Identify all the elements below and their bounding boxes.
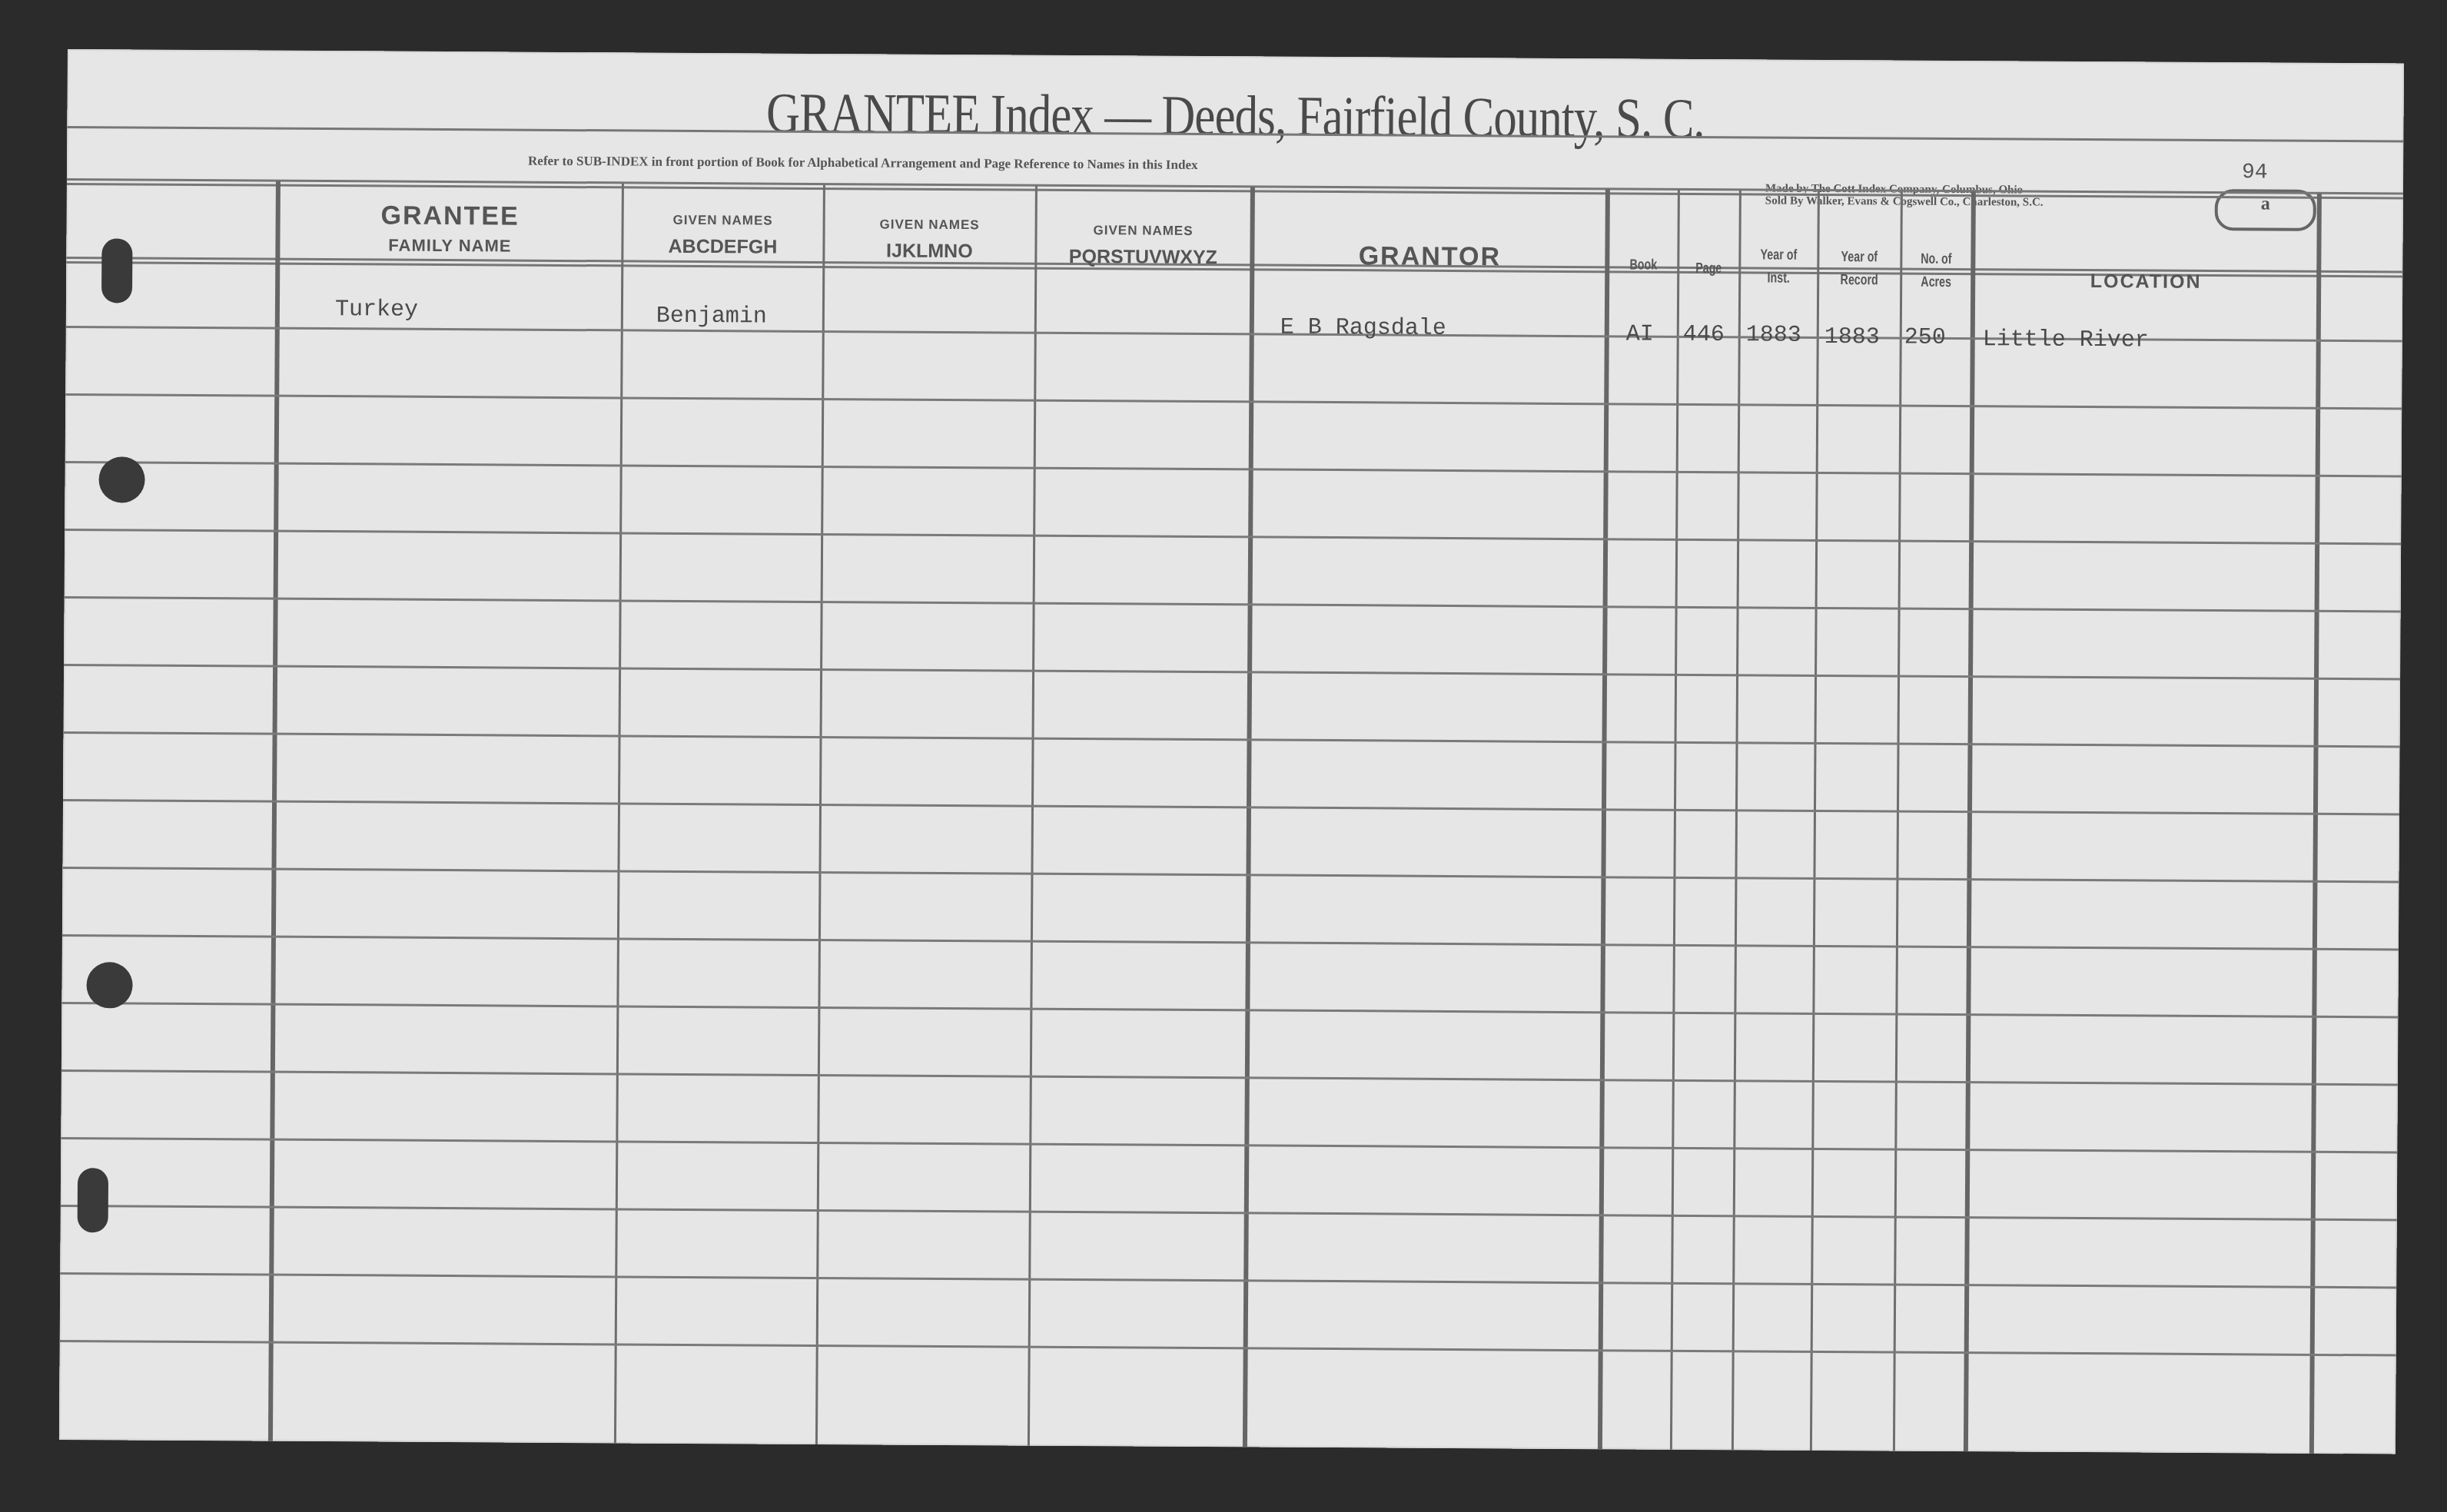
header-page-label: Page (1686, 257, 1731, 280)
column-divider (2309, 194, 2322, 1454)
column-divider (1964, 191, 1976, 1451)
binder-round-hole (98, 456, 144, 502)
header-given-title: GIVEN NAMES (1037, 223, 1250, 240)
row-rule (65, 461, 2402, 478)
header-year-inst-line1: Year of (1750, 244, 1808, 267)
row-rule (61, 1002, 2398, 1019)
header-grantee-title: GRANTEE (279, 201, 622, 233)
cell-given-abcdefgh: Benjamin (656, 303, 767, 330)
header-acres: No. of Acres (1901, 248, 1971, 295)
header-location: LOCATION (1975, 270, 2316, 294)
row-rule (62, 934, 2399, 951)
header-given-letters: IJKLMNO (824, 240, 1034, 264)
binder-slot-hole (101, 238, 133, 303)
cell-year-inst: 1883 (1746, 322, 1801, 348)
header-book: Book (1609, 254, 1677, 277)
binder-round-hole (86, 962, 132, 1008)
row-rule (61, 1205, 2397, 1222)
row-rule (63, 799, 2399, 816)
header-given-abcdefgh: GIVEN NAMES ABCDEFGH (623, 212, 822, 259)
column-divider (815, 184, 825, 1444)
column-divider (1731, 190, 1741, 1450)
header-grantor-title: GRANTOR (1254, 240, 1605, 273)
column-divider (614, 183, 624, 1443)
header-acres-line1: No. of (1911, 248, 1963, 271)
row-rule (62, 867, 2399, 884)
column-divider (1028, 186, 1038, 1446)
column-divider (268, 181, 281, 1441)
cell-location: Little River (1983, 327, 2149, 353)
header-year-record: Year of Record (1818, 246, 1900, 293)
cell-acres: 250 (1904, 325, 1946, 351)
column-divider (1243, 187, 1255, 1447)
column-divider (1598, 189, 1610, 1449)
header-given-ijklmno: GIVEN NAMES IJKLMNO (824, 217, 1034, 264)
header-given-pqrstuvwxyz: GIVEN NAMES PQRSTUVWXYZ (1036, 223, 1250, 270)
header-year-inst: Year of Inst. (1740, 244, 1817, 290)
binder-slot-hole (78, 1168, 109, 1232)
header-page: Page (1678, 257, 1738, 280)
header-given-title: GIVEN NAMES (623, 212, 823, 229)
header-given-letters: ABCDEFGH (623, 235, 822, 259)
header-given-title: GIVEN NAMES (825, 217, 1035, 234)
cell-page: 446 (1683, 322, 1725, 348)
row-rule (60, 1272, 2396, 1289)
cell-family-name: Turkey (335, 297, 418, 323)
header-grantee-sub: FAMILY NAME (278, 235, 621, 257)
header-grantor: GRANTOR (1254, 240, 1605, 273)
header-book-label: Book (1618, 254, 1668, 277)
cell-year-record: 1883 (1824, 324, 1880, 350)
header-year-inst-line2: Inst. (1750, 267, 1808, 290)
row-rule (64, 664, 2400, 681)
column-divider (1670, 190, 1680, 1450)
index-card: GRANTEE Index — Deeds, Fairfield County,… (59, 49, 2404, 1454)
row-rule (61, 1069, 2398, 1086)
row-rule (65, 529, 2401, 545)
cell-book: AI (1626, 321, 1654, 347)
header-given-letters: PQRSTUVWXYZ (1036, 246, 1250, 270)
row-rule (65, 596, 2401, 613)
header-grantee: GRANTEE FAMILY NAME (278, 201, 621, 257)
column-divider (1893, 191, 1903, 1451)
header-year-record-line1: Year of (1829, 246, 1891, 269)
header-year-record-line2: Record (1828, 269, 1890, 292)
cell-grantor: E B Ragsdale (1280, 315, 1446, 342)
row-rule (64, 731, 2400, 748)
row-rule (65, 393, 2402, 410)
header-acres-line2: Acres (1910, 271, 1962, 294)
row-rule (61, 1137, 2397, 1154)
column-divider (1810, 191, 1820, 1451)
row-rule (60, 1340, 2396, 1357)
header-location-label: LOCATION (1975, 270, 2316, 294)
